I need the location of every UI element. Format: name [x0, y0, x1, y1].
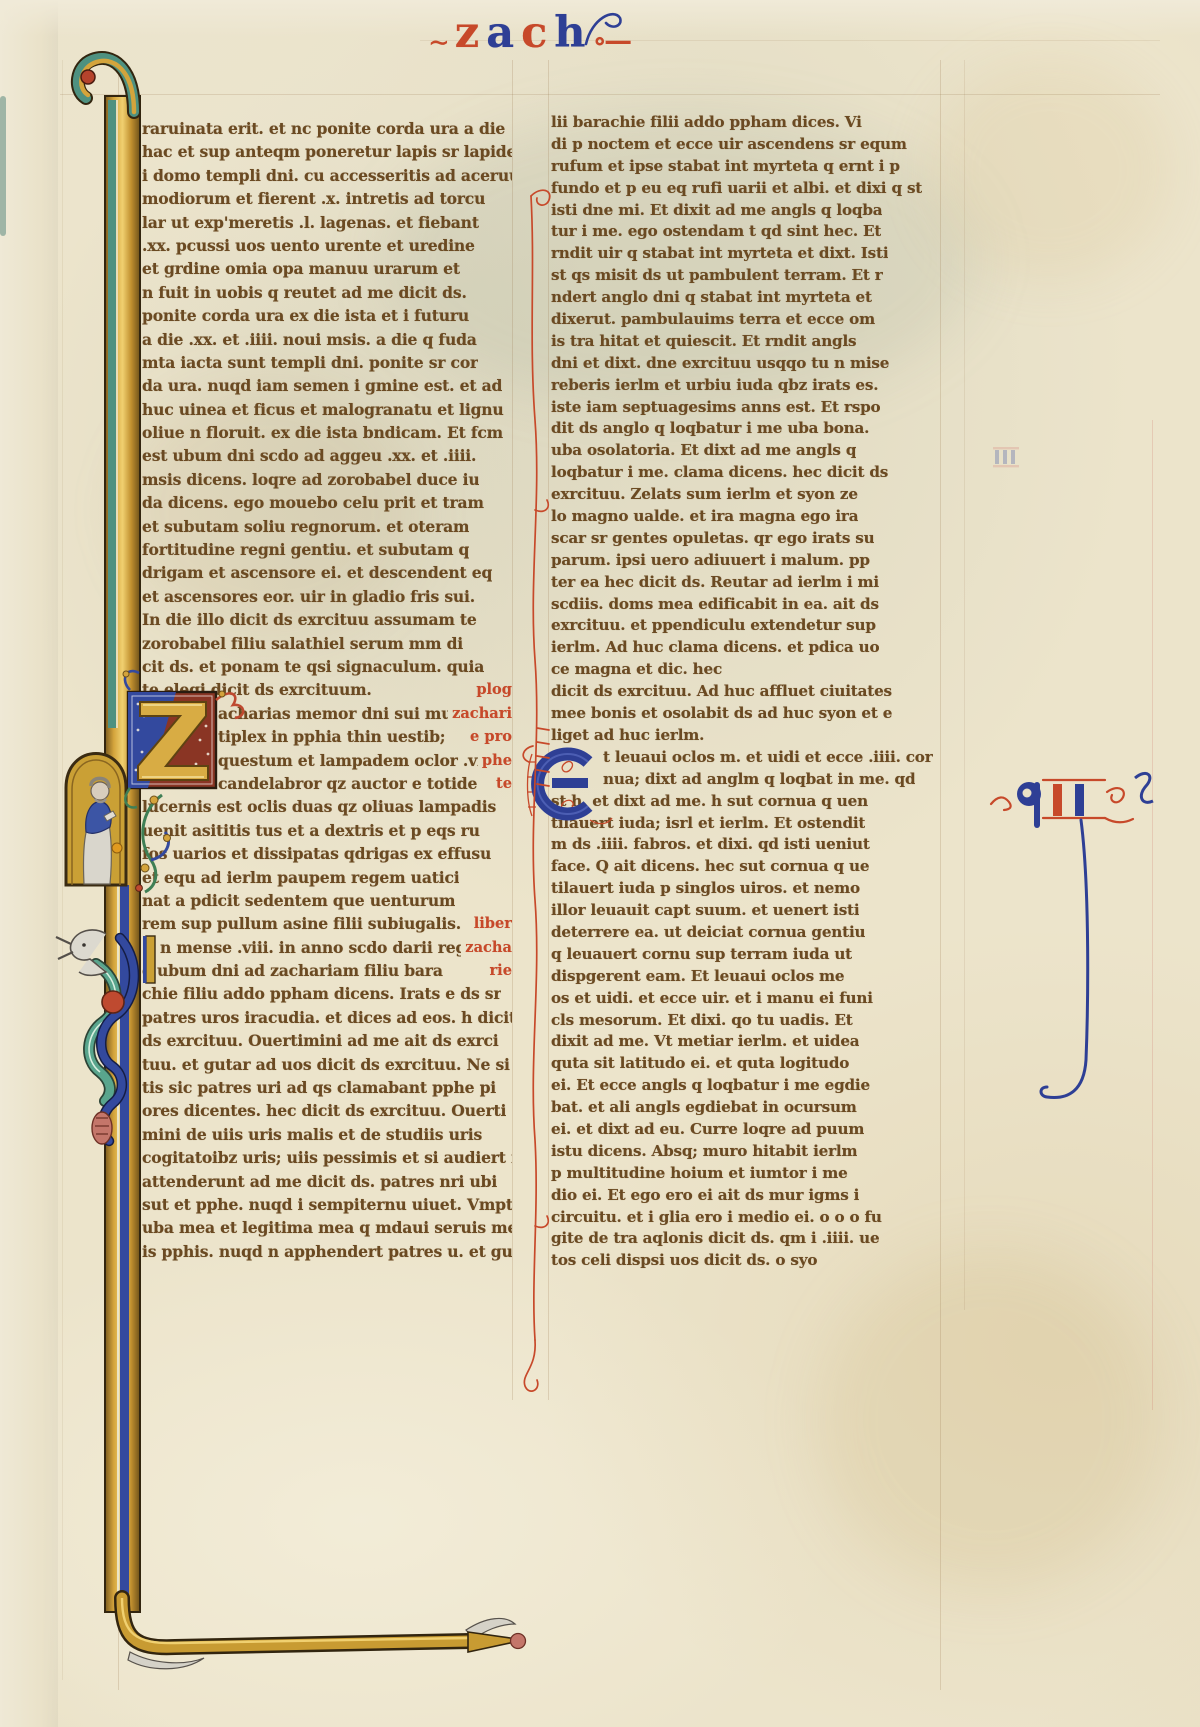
text-line: ei. et dixt ad eu. Curre loqre ad puum [551, 1119, 940, 1141]
text-line-body: nua; dixt ad anglm q loqbat in me. qd [603, 769, 915, 791]
text-line-body: dicit ds exrcituu. Ad huc affluet ciuita… [551, 681, 892, 703]
text-line-body: rufum et ipse stabat int myrteta q ernt … [551, 156, 900, 178]
text-line-body: exrcituu. Zelats sum ierlm et syon ze [551, 484, 858, 506]
text-line-body: lo magno ualde. et ira magna ego ira [551, 506, 858, 528]
text-line: cls mesorum. Et dixi. qo tu uadis. Et [551, 1010, 940, 1032]
column-divider-flourish [505, 180, 575, 1440]
text-line-body: deterrere ea. ut deiciat cornua gentiu [551, 922, 865, 944]
text-line: mee bonis et osolabit ds ad huc syon et … [551, 703, 940, 725]
text-line: ndert anglo dni q stabat int myrteta et [551, 287, 940, 309]
initial-z [118, 660, 278, 820]
text-line-body: iste iam septuagesims anns est. Et rspo [551, 397, 880, 419]
text-line-body: istu dicens. Absq; muro hitabit ierlm [551, 1141, 857, 1163]
text-line: bat. et ali angls egdiebat in ocursum [551, 1097, 940, 1119]
text-line-body: parum. ipsi uero adiuuert i malum. pp [551, 550, 870, 572]
text-line: ei. Et ecce angls q loqbatur i me egdie [551, 1075, 940, 1097]
text-line: ce magna et dic. hec [551, 659, 940, 681]
text-line-body: mee bonis et osolabit ds ad huc syon et … [551, 703, 892, 725]
text-line: os et uidi. et ecce uir. et i manu ei fu… [551, 988, 940, 1010]
text-line-body: tur i me. ego ostendam t qd sint hec. Et [551, 221, 881, 243]
bottom-terminal [466, 1618, 526, 1652]
ruling-line [964, 60, 965, 1310]
text-line-body: ierlm. Ad huc clama dicens. et pdica uo [551, 637, 879, 659]
text-line-body: dixit ad me. Vt metiar ierlm. et uidea [551, 1031, 859, 1053]
text-line: tur i me. ego ostendam t qd sint hec. Et [551, 221, 940, 243]
ruling-line [940, 60, 941, 1690]
text-line: ierlm. Ad huc clama dicens. et pdica uo [551, 637, 940, 659]
chapter-ii-s-curl [1135, 773, 1153, 802]
text-line-body: os et uidi. et ecce uir. et i manu ei fu… [551, 988, 873, 1010]
text-line-body: dixerut. pambulauims terra et ecce om [551, 309, 875, 331]
text-line-body: di p noctem et ecce uir ascendens sr equ… [551, 134, 907, 156]
text-line-body: rndit uir q stabat int myrteta et dixt. … [551, 243, 888, 265]
text-line: loqbatur i me. clama dicens. hec dicit d… [551, 462, 940, 484]
in-initial [143, 936, 155, 983]
text-line: is tra hitat et quiescit. Et rndit angls [551, 331, 940, 353]
text-line-body: ter ea hec dicit ds. Reutar ad ierlm i m… [551, 572, 879, 594]
running-title-flourish [582, 4, 628, 48]
text-column-right: lii barachie filii addo ppham dices. Vid… [551, 112, 940, 1272]
text-line: tos celi dispsi uos dicit ds. o syo [551, 1250, 940, 1272]
text-line-body: tilauert iuda p singlos uiros. et nemo [551, 878, 860, 900]
text-line: dit ds anglo q loqbatur i me uba bona. [551, 418, 940, 440]
text-line-body: st qs misit ds ut pambulent terram. Et r [551, 265, 883, 287]
text-line-body: gite de tra aqlonis dicit ds. qm i .iiii… [551, 1228, 879, 1250]
text-line: reberis ierlm et urbiu iuda qbz irats es… [551, 375, 940, 397]
chapter-ii-marker [985, 760, 1185, 1120]
text-line-body: ndert anglo dni q stabat int myrteta et [551, 287, 872, 309]
text-line: tilauert iuda p singlos uiros. et nemo [551, 878, 940, 900]
text-line: istu dicens. Absq; muro hitabit ierlm [551, 1141, 940, 1163]
text-line-body: uba osolatoria. Et dixt ad me angls q [551, 440, 856, 462]
prophet-figure [66, 754, 126, 886]
text-line-body: reberis ierlm et urbiu iuda qbz irats es… [551, 375, 878, 397]
text-line: face. Q ait dicens. hec sut cornua q ue [551, 856, 940, 878]
text-line-body: isti dne mi. Et dixit ad me angls q loqb… [551, 200, 882, 222]
text-line: scdiis. doms mea edificabit in ea. ait d… [551, 594, 940, 616]
text-line: st qs misit ds ut pambulent terram. Et r [551, 265, 940, 287]
text-line-body: scdiis. doms mea edificabit in ea. ait d… [551, 594, 879, 616]
initial-z-panel [128, 692, 216, 788]
text-line: dispgerent eam. Et leuaui oclos me [551, 966, 940, 988]
text-line: quta sit latitudo ei. et quta logitudo [551, 1053, 940, 1075]
text-line-body: fundo et p eu eq rufi uarii et albi. et … [551, 178, 922, 200]
text-line-body: dio ei. Et ego ero ei ait ds mur igms i [551, 1185, 859, 1207]
text-line-body: is tra hitat et quiescit. Et rndit angls [551, 331, 856, 353]
text-line: dni et dixt. dne exrcituu usqqo tu n mis… [551, 353, 940, 375]
text-line-body: ce magna et dic. hec [551, 659, 722, 681]
text-line-body: tos celi dispsi uos dicit ds. o syo [551, 1250, 817, 1272]
text-line: dixerut. pambulauims terra et ecce om [551, 309, 940, 331]
text-line-body: loqbatur i me. clama dicens. hec dicit d… [551, 462, 888, 484]
text-line: ter ea hec dicit ds. Reutar ad ierlm i m… [551, 572, 940, 594]
text-line-body: q leuauert cornu sup terram iuda ut [551, 944, 852, 966]
text-line-body: illor leuauit capt suum. et uenert isti [551, 900, 859, 922]
text-line: exrcituu. et ppendiculu extendetur sup [551, 615, 940, 637]
text-line-body: dit ds anglo q loqbatur i me uba bona. [551, 418, 869, 440]
text-line: deterrere ea. ut deiciat cornua gentiu [551, 922, 940, 944]
text-line-body: face. Q ait dicens. hec sut cornua q ue [551, 856, 869, 878]
text-line-body: quta sit latitudo ei. et quta logitudo [551, 1053, 849, 1075]
text-line-body: cls mesorum. Et dixi. qo tu uadis. Et [551, 1010, 853, 1032]
border-bottom-run [122, 1598, 470, 1669]
text-line: rndit uir q stabat int myrteta et dixt. … [551, 243, 940, 265]
text-line: dixit ad me. Vt metiar ierlm. et uidea [551, 1031, 940, 1053]
manuscript-page: { "colors": { "rubric_red": "#c7492a", "… [0, 0, 1200, 1727]
text-line-body: t leuaui oclos m. et uidi et ecce .iiii.… [603, 747, 933, 769]
text-line: q leuauert cornu sup terram iuda ut [551, 944, 940, 966]
text-line-body: bat. et ali angls egdiebat in ocursum [551, 1097, 857, 1119]
text-line: isti dne mi. Et dixit ad me angls q loqb… [551, 200, 940, 222]
parchment-stain [930, 60, 1170, 280]
text-line: scar sr gentes opuletas. qr ego irats su [551, 528, 940, 550]
text-line: p multitudine hoium et iumtor i me [551, 1163, 940, 1185]
text-line-body: lii barachie filii addo ppham dices. Vi [551, 112, 862, 134]
text-line: dio ei. Et ego ero ei ait ds mur igms i [551, 1185, 940, 1207]
text-line-body: circuitu. et i glia ero i medio ei. o o … [551, 1207, 882, 1229]
text-line: di p noctem et ecce uir ascendens sr equ… [551, 134, 940, 156]
text-line-body: ei. et dixt ad eu. Curre loqre ad puum [551, 1119, 864, 1141]
chapter-ii-tail [1041, 820, 1088, 1098]
parchment-stain [820, 1250, 1160, 1590]
chapter-ii-numerals [1053, 784, 1084, 816]
text-line-body: ei. Et ecce angls q loqbatur i me egdie [551, 1075, 870, 1097]
text-line-body: dispgerent eam. Et leuaui oclos me [551, 966, 844, 988]
text-line: parum. ipsi uero adiuuert i malum. pp [551, 550, 940, 572]
text-line: illor leuauit capt suum. et uenert isti [551, 900, 940, 922]
chapter-iii-offset-mark [993, 446, 1043, 470]
text-line-body: dni et dixt. dne exrcituu usqqo tu n mis… [551, 353, 889, 375]
text-line: rufum et ipse stabat int myrteta q ernt … [551, 156, 940, 178]
illuminated-border [0, 0, 560, 1727]
text-line-body: scar sr gentes opuletas. qr ego irats su [551, 528, 874, 550]
text-line-body: p multitudine hoium et iumtor i me [551, 1163, 848, 1185]
text-line-body: exrcituu. et ppendiculu extendetur sup [551, 615, 876, 637]
text-line: uba osolatoria. Et dixt ad me angls q [551, 440, 940, 462]
text-line: circuitu. et i glia ero i medio ei. o o … [551, 1207, 940, 1229]
text-line: lo magno ualde. et ira magna ego ira [551, 506, 940, 528]
text-line: iste iam septuagesims anns est. Et rspo [551, 397, 940, 419]
text-line: lii barachie filii addo ppham dices. Vi [551, 112, 940, 134]
chapter-ii-pilcrow [1017, 782, 1041, 828]
text-line: fundo et p eu eq rufi uarii et albi. et … [551, 178, 940, 200]
text-line: exrcituu. Zelats sum ierlm et syon ze [551, 484, 940, 506]
text-line: dicit ds exrcituu. Ad huc affluet ciuita… [551, 681, 940, 703]
text-line: gite de tra aqlonis dicit ds. qm i .iiii… [551, 1228, 940, 1250]
